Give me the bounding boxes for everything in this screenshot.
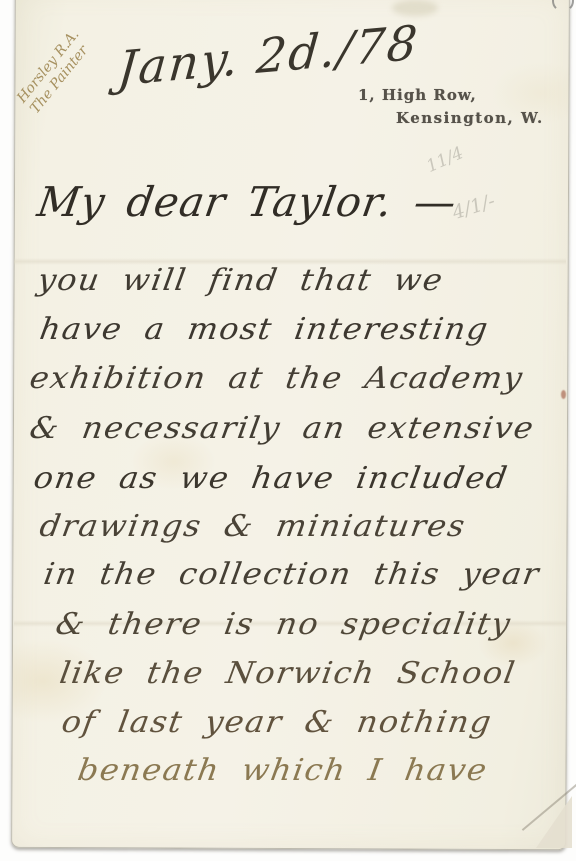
letter-line: exhibition at the Academy xyxy=(27,361,526,396)
salutation: My dear Taylor. — xyxy=(34,178,460,226)
letter-line: of last year & nothing xyxy=(59,705,495,740)
letterhead-address-line2: Kensington, W. xyxy=(396,109,544,127)
letter-line: drawings & miniatures xyxy=(37,509,468,544)
letter-line: beneath which I have xyxy=(75,753,490,788)
letter-line: have a most interesting xyxy=(37,312,491,347)
letterhead-address-line1: 1, High Row, xyxy=(358,86,544,104)
letter-line: & necessarily an extensive xyxy=(27,411,537,446)
letter-line: like the Norwich School xyxy=(57,656,518,691)
ink-smudge xyxy=(392,0,438,16)
letter-line: in the collection this year xyxy=(41,557,542,592)
letter-line: you will find that we xyxy=(35,263,446,298)
red-ink-fleck xyxy=(561,390,566,399)
letterhead: 1, High Row, Kensington, W. xyxy=(358,86,544,127)
letter-line: one as we have included xyxy=(31,461,511,496)
scanned-letter: Horsley R.A. The Painter Jany. 2d./78 1,… xyxy=(0,0,576,861)
letter-line: & there is no speciality xyxy=(53,607,514,642)
